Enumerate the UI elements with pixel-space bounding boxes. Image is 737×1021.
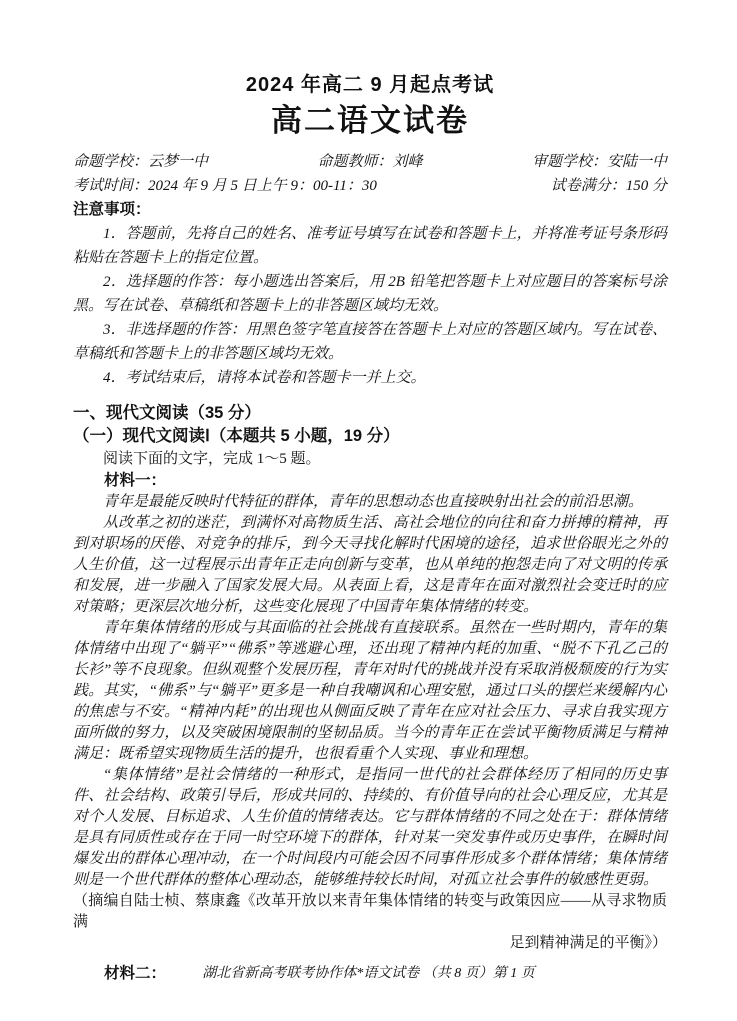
reading-instruction: 阅读下面的文字，完成 1～5 题。 [73, 448, 667, 470]
paper-header: 2024 年高二 9 月起点考试 高二语文试卷 命题学校：云梦一中 命题教师：刘… [73, 72, 667, 198]
material-one-label: 材料一： [73, 470, 667, 492]
full-score: 试卷满分：150 分 [551, 174, 667, 198]
page-content: 2024 年高二 9 月起点考试 高二语文试卷 命题学校：云梦一中 命题教师：刘… [0, 0, 737, 985]
reviewer-school: 审题学校：安陆一中 [532, 150, 667, 174]
material-one-paragraph-2: 从改革之初的迷茫，到满怀对高物质生活、高社会地位的向往和奋力拼搏的精神，再到对职… [73, 513, 667, 618]
notice-item-2: 2．选择题的作答：每小题选出答案后，用 2B 铅笔把答题卡上对应题目的答案标号涂… [73, 270, 667, 318]
notice-section: 注意事项： 1．答题前，先将自己的姓名、准考证号填写在试卷和答题卡上，并将准考证… [73, 198, 667, 390]
meta-row-time-score: 考试时间：2024 年 9 月 5 日上午 9：00-11：30 试卷满分：15… [73, 174, 667, 198]
section-heading: 一、现代文阅读（35 分） [73, 402, 667, 425]
section-subheading: （一）现代文阅读Ⅰ（本题共 5 小题，19 分） [73, 425, 667, 448]
notice-item-4: 4．考试结束后，请将本试卷和答题卡一并上交。 [73, 366, 667, 390]
material-one-paragraph-4: “集体情绪”是社会情绪的一种形式，是指同一世代的社会群体经历了相同的历史事件、社… [73, 765, 667, 891]
footer-page-info: 湖北省新高考联考协作体*语文试卷 （共 8 页）第 1 页 [202, 966, 535, 981]
setter-school: 命题学校：云梦一中 [73, 150, 208, 174]
citation-line-2: 足到精神满足的平衡》） [73, 933, 667, 954]
exam-paper-page: 2024 年高二 9 月起点考试 高二语文试卷 命题学校：云梦一中 命题教师：刘… [0, 0, 737, 1021]
page-footer: 湖北省新高考联考协作体*语文试卷 （共 8 页）第 1 页 [0, 965, 737, 983]
paper-title: 高二语文试卷 [73, 101, 667, 141]
citation-line-1: （摘编自陆士桢、蔡康鑫《改革开放以来青年集体情绪的转变与政策因应——从寻求物质满 [73, 891, 667, 933]
exam-title: 2024 年高二 9 月起点考试 [73, 72, 667, 98]
exam-time: 考试时间：2024 年 9 月 5 日上午 9：00-11：30 [73, 174, 377, 198]
notice-item-1: 1．答题前，先将自己的姓名、准考证号填写在试卷和答题卡上，并将准考证号条形码粘贴… [73, 222, 667, 270]
material-one-paragraph-3: 青年集体情绪的形成与其面临的社会挑战有直接联系。虽然在一些时期内，青年的集体情绪… [73, 618, 667, 765]
modern-reading-section: 一、现代文阅读（35 分） （一）现代文阅读Ⅰ（本题共 5 小题，19 分） 阅… [73, 402, 667, 985]
meta-row-schools: 命题学校：云梦一中 命题教师：刘峰 审题学校：安陆一中 [73, 150, 667, 174]
material-one-paragraph-1: 青年是最能反映时代特征的群体，青年的思想动态也直接映射出社会的前沿思潮。 [73, 492, 667, 513]
notice-item-3: 3．非选择题的作答：用黑色签字笔直接答在答题卡上对应的答题区域内。写在试卷、草稿… [73, 318, 667, 366]
setter-teacher: 命题教师：刘峰 [317, 150, 422, 174]
notice-title: 注意事项： [73, 198, 667, 222]
